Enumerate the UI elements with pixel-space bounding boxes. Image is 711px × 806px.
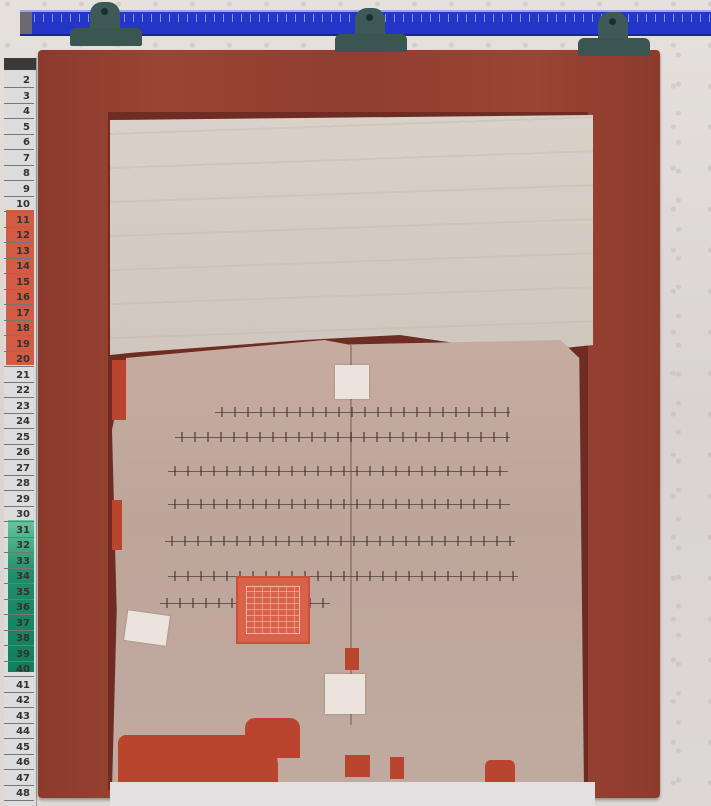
ruler-number: 43	[16, 712, 30, 722]
ruler-tick	[4, 165, 34, 166]
ruler-tick	[4, 211, 34, 212]
ruler-number: 8	[23, 169, 30, 179]
ruler-tick	[4, 149, 34, 150]
ruler-tick	[4, 335, 34, 336]
ruler-number: 32	[16, 541, 30, 551]
ruler-number: 38	[16, 634, 30, 644]
ruler-number: 46	[16, 758, 30, 768]
ruler-tick	[4, 428, 34, 429]
ruler-tick	[4, 273, 34, 274]
binder-clip-right	[578, 12, 650, 56]
ruler-number: 44	[16, 727, 30, 737]
ruler-number: 31	[16, 526, 30, 536]
ruler-number: 18	[16, 324, 30, 334]
ruler-tick	[4, 568, 34, 569]
clip-jaw	[578, 38, 650, 56]
binder-clip-center	[335, 8, 407, 52]
paper-loss	[390, 757, 404, 779]
script-line-3	[168, 466, 508, 476]
ruler-tick	[4, 304, 34, 305]
script-line-1	[215, 407, 510, 417]
ruler-number: 9	[23, 185, 30, 195]
ruler-number: 30	[16, 510, 30, 520]
ruler-tick	[4, 661, 34, 662]
ruler-number: 23	[16, 402, 30, 412]
ruler-tick	[4, 599, 34, 600]
paper-loss	[112, 500, 122, 550]
ruler-number: 12	[16, 231, 30, 241]
blank-upper-paper	[110, 115, 593, 365]
ruler-number: 13	[16, 247, 30, 257]
ruler-tick	[4, 320, 34, 321]
ruler-number: 34	[16, 572, 30, 582]
ruler-tick	[4, 754, 34, 755]
ruler-number: 48	[16, 789, 30, 799]
script-line-5	[165, 536, 515, 546]
ruler-number: 45	[16, 743, 30, 753]
ruler-tick	[4, 366, 34, 367]
ruler-tick	[4, 769, 34, 770]
ruler-tick	[4, 196, 34, 197]
ruler-tick	[4, 413, 34, 414]
ruler-tick	[4, 87, 34, 88]
ruler-number: 39	[16, 650, 30, 660]
repair-patch	[325, 674, 365, 714]
ruler-tick	[4, 258, 34, 259]
ruler-tick	[4, 227, 34, 228]
clip-jaw	[70, 28, 142, 46]
ruler-number: 24	[16, 417, 30, 427]
ruler-number: 19	[16, 340, 30, 350]
script-line-2	[175, 432, 510, 442]
wall-below-document	[110, 782, 595, 806]
ruler-tick	[4, 723, 34, 724]
left-ruler: 2345678910111213141516171819202122232425…	[4, 58, 37, 806]
ruler-tick	[4, 475, 34, 476]
ruler-tick	[4, 692, 34, 693]
ruler-number: 41	[16, 681, 30, 691]
paper-loss	[112, 360, 126, 420]
ruler-number: 33	[16, 557, 30, 567]
ruler-tick	[4, 676, 34, 677]
ruler-tick	[4, 397, 34, 398]
ruler-number: 11	[16, 216, 30, 226]
ruler-number: 21	[16, 371, 30, 381]
binder-clip-left	[70, 2, 142, 46]
ruler-tick	[4, 614, 34, 615]
ruler-tick	[4, 444, 34, 445]
ruler-number: 14	[16, 262, 30, 272]
ruler-tick	[4, 242, 34, 243]
ruler-number: 10	[16, 200, 30, 210]
ruler-number: 47	[16, 774, 30, 784]
ruler-number: 27	[16, 464, 30, 474]
ruler-number: 29	[16, 495, 30, 505]
repair-patch	[124, 610, 170, 646]
ruler-number: 3	[23, 92, 30, 102]
ruler-number: 25	[16, 433, 30, 443]
ruler-tick	[4, 180, 34, 181]
ruler-number: 26	[16, 448, 30, 458]
ruler-tick	[4, 583, 34, 584]
ruler-number: 22	[16, 386, 30, 396]
ruler-number: 42	[16, 696, 30, 706]
ruler-tick	[4, 103, 34, 104]
paper-loss	[345, 648, 359, 670]
ruler-tick	[4, 707, 34, 708]
ruler-number: 20	[16, 355, 30, 365]
ruler-number: 6	[23, 138, 30, 148]
ruler-tick	[4, 351, 34, 352]
ruler-tick	[4, 506, 34, 507]
ruler-tick	[4, 800, 34, 801]
ruler-tick	[4, 785, 34, 786]
ruler-tick	[4, 134, 34, 135]
script-line-4	[168, 499, 510, 509]
ruler-number: 37	[16, 619, 30, 629]
seal-pattern	[246, 586, 300, 634]
vermilion-seal	[236, 576, 310, 644]
ruler-number: 35	[16, 588, 30, 598]
paper-loss	[345, 755, 370, 777]
ruler-tick	[4, 490, 34, 491]
ruler-tick	[4, 521, 34, 522]
repair-patch	[335, 365, 369, 399]
ruler-tick	[4, 645, 34, 646]
ruler-tick	[4, 459, 34, 460]
ruler-number: 16	[16, 293, 30, 303]
ruler-tick	[4, 382, 34, 383]
paper-loss	[245, 718, 300, 758]
ruler-number: 40	[16, 665, 30, 675]
ruler-tick	[4, 630, 34, 631]
clip-jaw	[335, 34, 407, 52]
top-ruler-end-cap	[20, 12, 32, 34]
ruler-number: 28	[16, 479, 30, 489]
ruler-tick	[4, 552, 34, 553]
ruler-tick	[4, 738, 34, 739]
ruler-tick	[4, 537, 34, 538]
ruler-number: 7	[23, 154, 30, 164]
ruler-tick	[4, 118, 34, 119]
ruler-number: 36	[16, 603, 30, 613]
ruler-tick	[4, 289, 34, 290]
ruler-number: 15	[16, 278, 30, 288]
ruler-number: 4	[23, 107, 30, 117]
left-ruler-cap	[4, 58, 36, 70]
ruler-number: 17	[16, 309, 30, 319]
ruler-number: 5	[23, 123, 30, 133]
ruler-number: 2	[23, 76, 30, 86]
script-line-6	[168, 571, 518, 581]
